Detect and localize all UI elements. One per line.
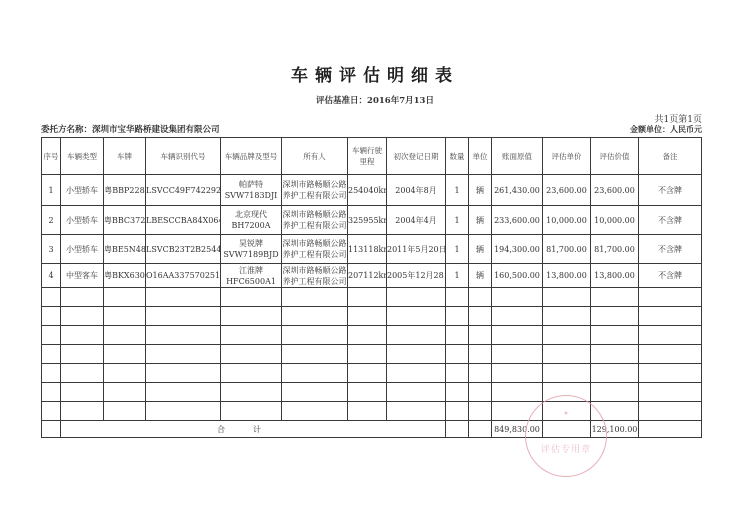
cell-appraised-value: 81,700.00: [591, 235, 639, 264]
empty-cell: [61, 364, 104, 383]
empty-cell: [61, 307, 104, 326]
cell-unit: 辆: [469, 206, 492, 235]
appraisal-seal: ★ 评估专用章: [525, 395, 607, 477]
cell-no: 3: [42, 235, 61, 264]
empty-cell: [42, 364, 61, 383]
empty-cell: [543, 364, 591, 383]
header-remark: 备注: [639, 138, 702, 175]
total-label: 合计: [61, 421, 446, 438]
empty-cell: [387, 307, 446, 326]
table-row: 3小型轿车粤BE5N48LSVCB23T2B2544478昊锐牌SVW7189B…: [42, 235, 702, 264]
empty-cell: [387, 364, 446, 383]
empty-cell: [146, 364, 221, 383]
empty-cell: [104, 345, 146, 364]
cell-appraised-value: 23,600.00: [591, 175, 639, 206]
cell-brand-model-line-2: HFC6500A1: [221, 276, 281, 287]
empty-cell: [221, 307, 282, 326]
cell-reg-date: 2004年4月: [387, 206, 446, 235]
base-date: 评估基准日：2016年7月13日: [0, 94, 750, 106]
cell-vin-line-1: LSVCB23T2B2544478: [146, 244, 220, 255]
currency-unit: 金额单位：人民币元: [630, 124, 702, 135]
cell-book-value-line-1: 261,430.00: [492, 185, 542, 196]
cell-no: 4: [42, 264, 61, 288]
cell-appraised-value-line-1: 13,800.00: [591, 270, 638, 281]
cell-owner-line-1: 深圳市路畅顺公路: [282, 238, 347, 249]
empty-cell: [469, 345, 492, 364]
empty-row: [42, 288, 702, 307]
empty-cell: [591, 288, 639, 307]
empty-cell: [221, 383, 282, 402]
empty-cell: [387, 326, 446, 345]
cell-owner: 深圳市路畅顺公路养护工程有限公司: [282, 235, 348, 264]
empty-cell: [446, 364, 469, 383]
empty-cell: [469, 364, 492, 383]
table-header-row: 序号 车辆类型 车牌 车辆识别代号 车辆品牌及型号 所有人 车辆行驶里程 初次登…: [42, 138, 702, 175]
cell-remark: 不含牌: [639, 175, 702, 206]
cell-unit-price-line-1: 81,700.00: [543, 244, 590, 255]
cell-brand-model-line-1: 江淮牌: [221, 265, 281, 276]
empty-cell: [104, 383, 146, 402]
cell-remark-line-1: 不含牌: [639, 185, 701, 196]
total-unit-cell: [469, 421, 492, 438]
header-no: 序号: [42, 138, 61, 175]
cell-unit-price: 10,000.00: [543, 206, 591, 235]
cell-vin-line-1: O16AA33757025176: [146, 270, 220, 281]
empty-cell: [42, 383, 61, 402]
cell-no: 2: [42, 206, 61, 235]
empty-cell: [446, 288, 469, 307]
cell-remark-line-1: 不含牌: [639, 244, 701, 255]
cell-type-line-1: 小型轿车: [61, 215, 103, 226]
header-brand-model: 车辆品牌及型号: [221, 138, 282, 175]
empty-cell: [348, 402, 387, 421]
empty-cell: [61, 383, 104, 402]
header-reg-date: 初次登记日期: [387, 138, 446, 175]
cell-owner-line-2: 养护工程有限公司: [282, 276, 347, 287]
cell-mileage-line-1: 254040km: [348, 185, 386, 196]
cell-mileage: 113118km: [348, 235, 387, 264]
empty-cell: [492, 345, 543, 364]
empty-cell: [492, 326, 543, 345]
cell-vin-line-1: LSVCC49F742292692: [146, 185, 220, 196]
header-appraised-value: 评估价值: [591, 138, 639, 175]
empty-cell: [387, 288, 446, 307]
empty-cell: [387, 345, 446, 364]
empty-cell: [387, 383, 446, 402]
cell-appraised-value-line-1: 23,600.00: [591, 185, 638, 196]
cell-reg-date-line-1: 2004年4月: [387, 215, 445, 226]
empty-cell: [61, 288, 104, 307]
cell-unit: 辆: [469, 264, 492, 288]
cell-reg-date-line-1: 2004年8月: [387, 185, 445, 196]
cell-book-value-line-1: 160,500.00: [492, 270, 542, 281]
cell-qty-line-1: 1: [446, 185, 468, 196]
cell-unit-price-line-1: 10,000.00: [543, 215, 590, 226]
empty-cell: [146, 383, 221, 402]
header-owner: 所有人: [282, 138, 348, 175]
cell-owner-line-2: 养护工程有限公司: [282, 249, 347, 260]
empty-cell: [104, 326, 146, 345]
header-type: 车辆类型: [61, 138, 104, 175]
cell-qty: 1: [446, 264, 469, 288]
empty-cell: [61, 402, 104, 421]
cell-mileage-line-1: 325955km: [348, 215, 386, 226]
empty-cell: [469, 288, 492, 307]
cell-owner: 深圳市路畅顺公路养护工程有限公司: [282, 206, 348, 235]
cell-mileage: 325955km: [348, 206, 387, 235]
empty-cell: [104, 364, 146, 383]
header-qty: 数量: [446, 138, 469, 175]
cell-reg-date-line-1: 2011年5月20日: [387, 244, 445, 255]
cell-type: 小型轿车: [61, 206, 104, 235]
cell-unit-line-1: 辆: [469, 270, 491, 281]
empty-cell: [543, 307, 591, 326]
empty-cell: [42, 402, 61, 421]
cell-brand-model-line-1: 昊锐牌: [221, 238, 281, 249]
cell-appraised-value: 10,000.00: [591, 206, 639, 235]
cell-qty: 1: [446, 235, 469, 264]
empty-cell: [42, 288, 61, 307]
empty-row: [42, 383, 702, 402]
empty-row: [42, 345, 702, 364]
cell-no-line-1: 1: [42, 185, 60, 196]
cell-unit-line-1: 辆: [469, 244, 491, 255]
cell-qty: 1: [446, 175, 469, 206]
empty-cell: [221, 402, 282, 421]
empty-cell: [492, 288, 543, 307]
cell-owner: 深圳市路畅顺公路养护工程有限公司: [282, 264, 348, 288]
cell-no: 1: [42, 175, 61, 206]
cell-brand-model-line-2: SVW7183DJI: [221, 190, 281, 201]
cell-owner: 深圳市路畅顺公路养护工程有限公司: [282, 175, 348, 206]
empty-cell: [591, 383, 639, 402]
cell-brand-model: 江淮牌HFC6500A1: [221, 264, 282, 288]
cell-brand-model-line-1: 帕萨特: [221, 179, 281, 190]
empty-cell: [469, 326, 492, 345]
empty-row: [42, 364, 702, 383]
cell-plate: 粤BKX630: [104, 264, 146, 288]
empty-cell: [639, 307, 702, 326]
cell-book-value: 233,600.00: [492, 206, 543, 235]
empty-cell: [492, 307, 543, 326]
empty-cell: [221, 345, 282, 364]
empty-cell: [348, 288, 387, 307]
empty-cell: [446, 307, 469, 326]
empty-cell: [348, 383, 387, 402]
empty-cell: [591, 364, 639, 383]
cell-brand-model: 帕萨特SVW7183DJI: [221, 175, 282, 206]
cell-brand-model-line-1: 北京现代: [221, 209, 281, 220]
cell-type-line-1: 小型轿车: [61, 185, 103, 196]
cell-qty-line-1: 1: [446, 244, 468, 255]
cell-mileage-line-1: 113118km: [348, 244, 386, 255]
empty-cell: [469, 307, 492, 326]
empty-cell: [104, 402, 146, 421]
cell-qty-line-1: 1: [446, 215, 468, 226]
cell-plate-line-1: 粤BE5N48: [104, 244, 145, 255]
empty-cell: [348, 345, 387, 364]
empty-cell: [387, 402, 446, 421]
empty-cell: [104, 288, 146, 307]
header-unit-price: 评估单价: [543, 138, 591, 175]
empty-cell: [469, 383, 492, 402]
cell-appraised-value-line-1: 10,000.00: [591, 215, 638, 226]
empty-cell: [61, 345, 104, 364]
cell-type: 小型轿车: [61, 235, 104, 264]
seal-text: 评估专用章: [526, 442, 606, 455]
cell-plate: 粤BE5N48: [104, 235, 146, 264]
empty-cell: [42, 326, 61, 345]
cell-type-line-1: 中型客车: [61, 270, 103, 281]
empty-cell: [221, 326, 282, 345]
empty-cell: [543, 288, 591, 307]
empty-cell: [221, 364, 282, 383]
cell-reg-date-line-1: 2005年12月28日: [387, 270, 445, 281]
cell-remark-line-1: 不含牌: [639, 270, 701, 281]
empty-cell: [591, 345, 639, 364]
cell-owner-line-2: 养护工程有限公司: [282, 190, 347, 201]
total-qty-cell: [446, 421, 469, 438]
cell-plate: 粤BBP228: [104, 175, 146, 206]
cell-vin: LSVCB23T2B2544478: [146, 235, 221, 264]
table-row: 4中型客车粤BKX630O16AA33757025176江淮牌HFC6500A1…: [42, 264, 702, 288]
empty-cell: [446, 326, 469, 345]
empty-cell: [282, 307, 348, 326]
empty-cell: [146, 345, 221, 364]
cell-book-value-line-1: 233,600.00: [492, 215, 542, 226]
cell-qty: 1: [446, 206, 469, 235]
empty-cell: [543, 345, 591, 364]
empty-cell: [543, 326, 591, 345]
cell-vin: LSVCC49F742292692: [146, 175, 221, 206]
cell-vin: O16AA33757025176: [146, 264, 221, 288]
cell-brand-model-line-2: BH7200A: [221, 220, 281, 231]
cell-unit-line-1: 辆: [469, 185, 491, 196]
empty-row: [42, 307, 702, 326]
empty-cell: [104, 307, 146, 326]
cell-remark: 不含牌: [639, 264, 702, 288]
empty-cell: [446, 345, 469, 364]
empty-cell: [282, 345, 348, 364]
empty-cell: [348, 307, 387, 326]
header-mileage: 车辆行驶里程: [348, 138, 387, 175]
cell-type: 中型客车: [61, 264, 104, 288]
cell-unit-price: 13,800.00: [543, 264, 591, 288]
cell-owner-line-1: 深圳市路畅顺公路: [282, 179, 347, 190]
cell-no-line-1: 2: [42, 215, 60, 226]
empty-cell: [639, 364, 702, 383]
cell-owner-line-2: 养护工程有限公司: [282, 220, 347, 231]
empty-cell: [282, 383, 348, 402]
cell-plate-line-1: 粤BKX630: [104, 270, 145, 281]
empty-cell: [639, 383, 702, 402]
client-name: 委托方名称：深圳市宝华路桥建设集团有限公司: [41, 123, 220, 135]
cell-owner-line-1: 深圳市路畅顺公路: [282, 265, 347, 276]
seal-ring-text: ★: [526, 410, 606, 417]
cell-appraised-value: 13,800.00: [591, 264, 639, 288]
empty-cell: [146, 307, 221, 326]
cell-reg-date: 2011年5月20日: [387, 235, 446, 264]
empty-cell: [282, 364, 348, 383]
cell-appraised-value-line-1: 81,700.00: [591, 244, 638, 255]
empty-cell: [282, 288, 348, 307]
cell-unit-line-1: 辆: [469, 215, 491, 226]
cell-mileage: 254040km: [348, 175, 387, 206]
cell-unit-price-line-1: 13,800.00: [543, 270, 590, 281]
cell-remark: 不含牌: [639, 206, 702, 235]
cell-remark: 不含牌: [639, 235, 702, 264]
table-row: 2小型轿车粤BBC372LBESCCBA84X064975北京现代BH7200A…: [42, 206, 702, 235]
cell-unit-price: 23,600.00: [543, 175, 591, 206]
cell-reg-date: 2004年8月: [387, 175, 446, 206]
empty-cell: [282, 326, 348, 345]
header-plate: 车牌: [104, 138, 146, 175]
empty-cell: [61, 326, 104, 345]
cell-book-value: 160,500.00: [492, 264, 543, 288]
header-unit: 单位: [469, 138, 492, 175]
cell-mileage: 207112km: [348, 264, 387, 288]
empty-cell: [42, 307, 61, 326]
cell-type-line-1: 小型轿车: [61, 244, 103, 255]
vehicle-detail-table: 序号 车辆类型 车牌 车辆识别代号 车辆品牌及型号 所有人 车辆行驶里程 初次登…: [41, 137, 702, 438]
empty-cell: [469, 402, 492, 421]
empty-cell: [639, 326, 702, 345]
document-title: 车辆评估明细表: [0, 61, 750, 86]
empty-cell: [348, 326, 387, 345]
cell-owner-line-1: 深圳市路畅顺公路: [282, 209, 347, 220]
header-book-value: 账面原值: [492, 138, 543, 175]
cell-unit: 辆: [469, 235, 492, 264]
cell-plate-line-1: 粤BBP228: [104, 185, 145, 196]
cell-plate: 粤BBC372: [104, 206, 146, 235]
header-vin: 车辆识别代号: [146, 138, 221, 175]
cell-book-value: 194,300.00: [492, 235, 543, 264]
empty-cell: [146, 326, 221, 345]
table-row: 1小型轿车粤BBP228LSVCC49F742292692帕萨特SVW7183D…: [42, 175, 702, 206]
cell-no-line-1: 3: [42, 244, 60, 255]
empty-cell: [639, 345, 702, 364]
empty-cell: [146, 288, 221, 307]
cell-brand-model: 昊锐牌SVW7189BJD: [221, 235, 282, 264]
cell-mileage-line-1: 207112km: [348, 270, 386, 281]
cell-book-value-line-1: 194,300.00: [492, 244, 542, 255]
cell-unit-price-line-1: 23,600.00: [543, 185, 590, 196]
cell-brand-model: 北京现代BH7200A: [221, 206, 282, 235]
cell-unit: 辆: [469, 175, 492, 206]
empty-cell: [42, 345, 61, 364]
empty-cell: [492, 364, 543, 383]
empty-cell: [282, 402, 348, 421]
empty-cell: [591, 326, 639, 345]
cell-unit-price: 81,700.00: [543, 235, 591, 264]
empty-cell: [446, 402, 469, 421]
total-remark-cell: [639, 421, 702, 438]
empty-cell: [591, 307, 639, 326]
empty-cell: [639, 288, 702, 307]
empty-cell: [221, 288, 282, 307]
empty-cell: [348, 364, 387, 383]
cell-type: 小型轿车: [61, 175, 104, 206]
empty-cell: [639, 402, 702, 421]
total-no-cell: [42, 421, 61, 438]
cell-book-value: 261,430.00: [492, 175, 543, 206]
cell-brand-model-line-2: SVW7189BJD: [221, 249, 281, 260]
cell-reg-date: 2005年12月28日: [387, 264, 446, 288]
empty-row: [42, 326, 702, 345]
cell-qty-line-1: 1: [446, 270, 468, 281]
cell-no-line-1: 4: [42, 270, 60, 281]
cell-plate-line-1: 粤BBC372: [104, 215, 145, 226]
cell-vin: LBESCCBA84X064975: [146, 206, 221, 235]
empty-cell: [146, 402, 221, 421]
empty-cell: [492, 383, 543, 402]
cell-remark-line-1: 不含牌: [639, 215, 701, 226]
empty-cell: [446, 383, 469, 402]
cell-vin-line-1: LBESCCBA84X064975: [146, 215, 220, 226]
